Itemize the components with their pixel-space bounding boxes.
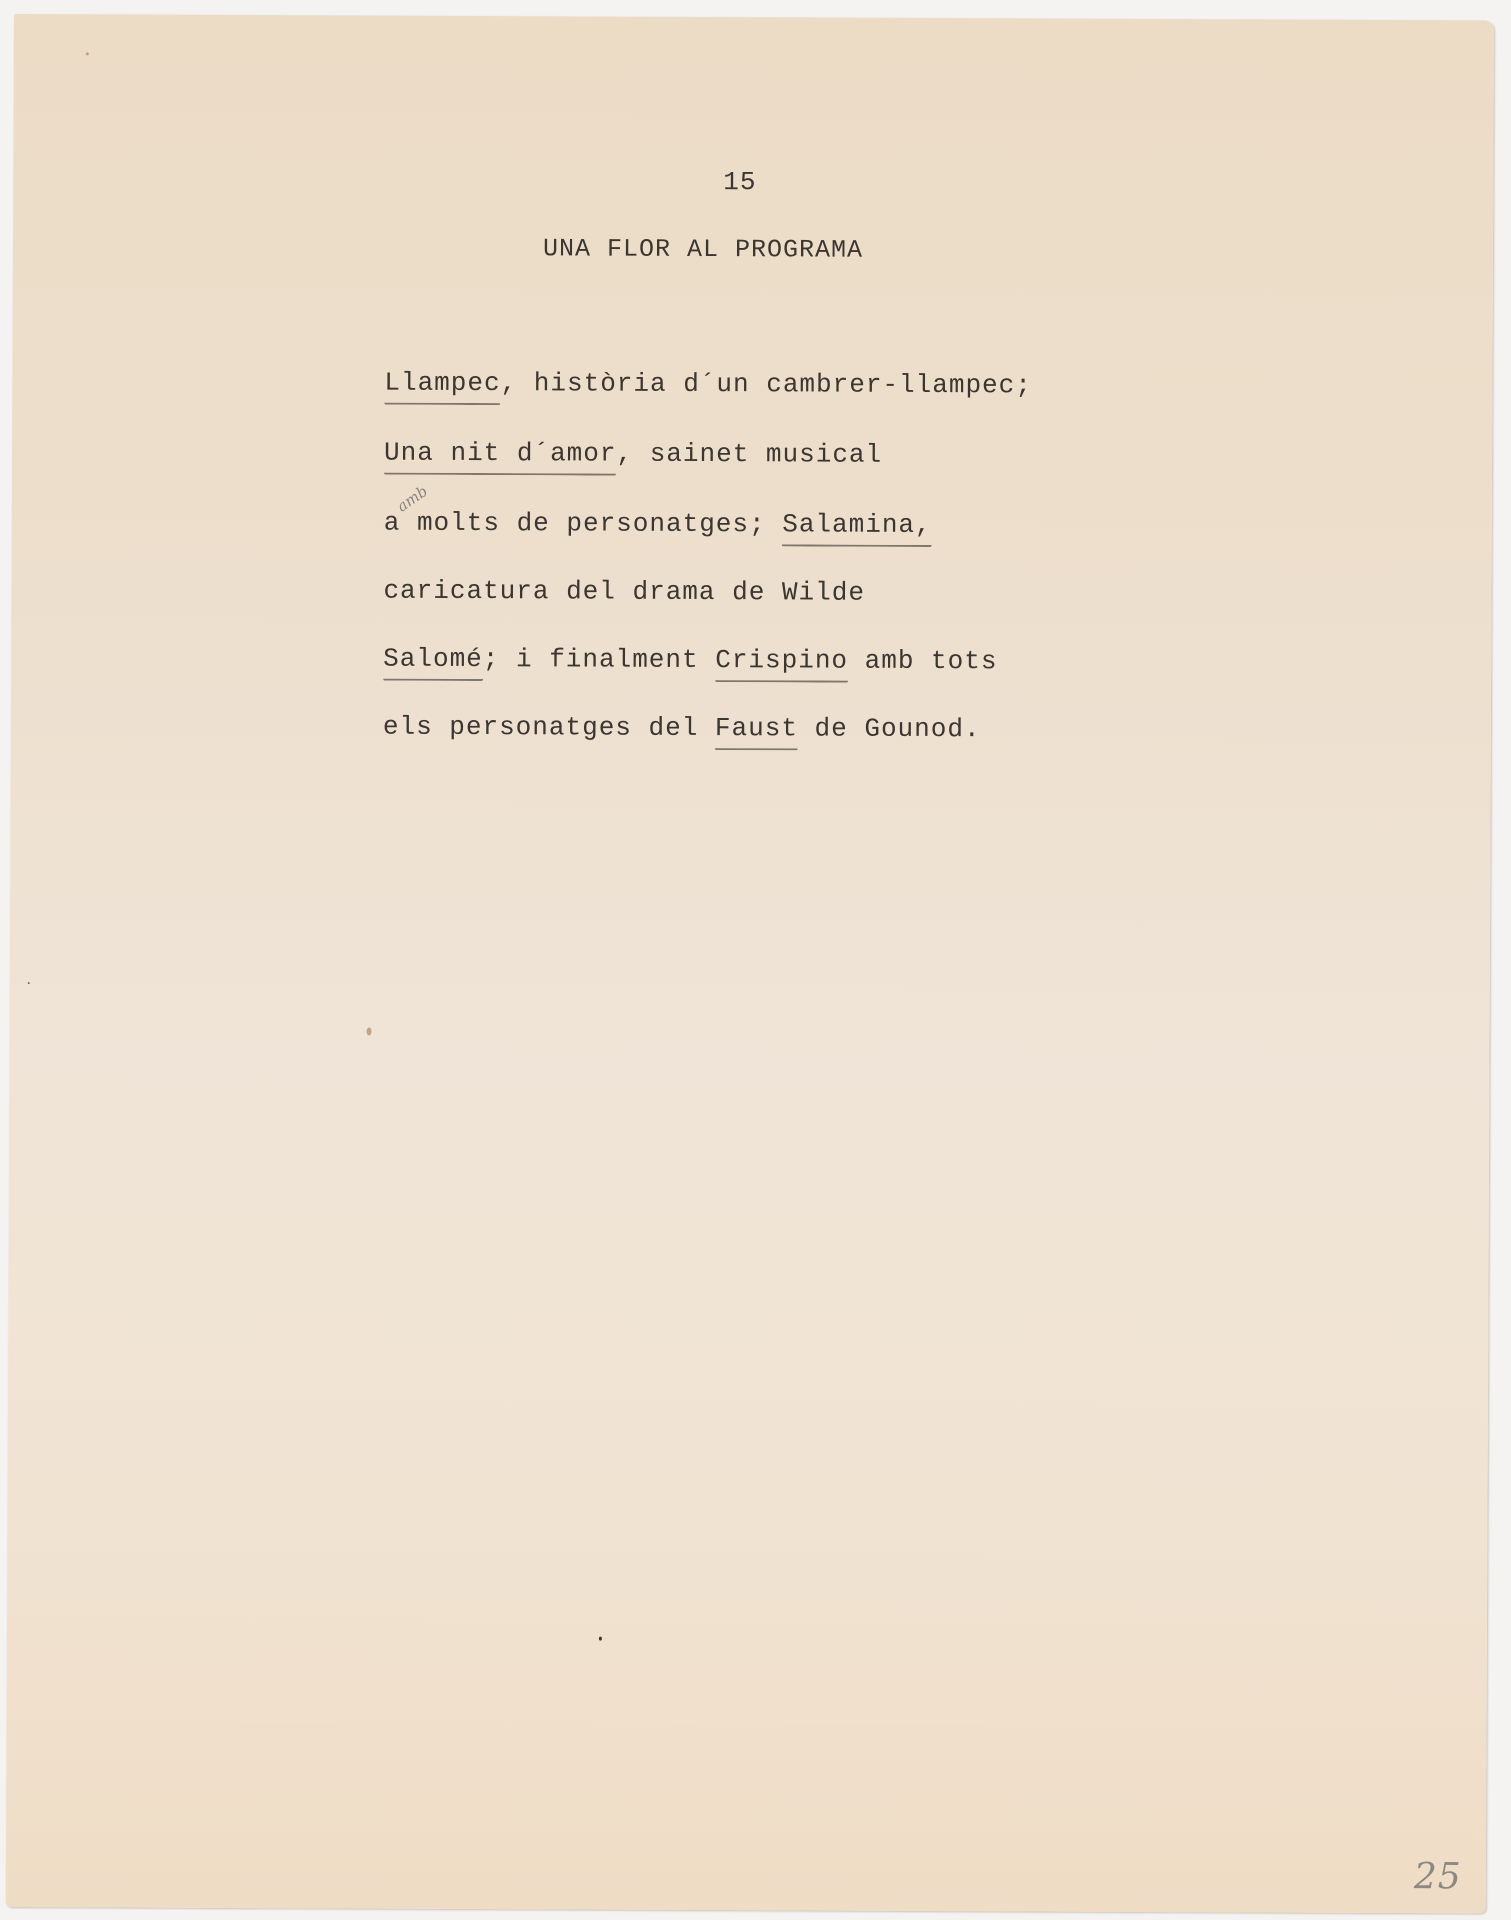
paper-speck [86,52,89,55]
underlined-title-llampec: Llampec [384,368,500,406]
underlined-title-faust: Faust [715,713,798,750]
paper-sheet: 15 UNA FLOR AL PROGRAMA Llampec, històri… [6,14,1494,1913]
text-segment: , història d´un cambrer-llampec; [501,368,1032,400]
text-segment: a molts de personatges; [384,508,783,540]
text-segment: els personatges del [383,712,715,743]
underlined-title-salamina: Salamina, [782,509,932,547]
paper-speck [367,1028,372,1036]
text-segment: , sainet musical [616,439,882,470]
handwritten-folio-number: 25 [1414,1856,1462,1897]
underlined-title-salome: Salomé [383,644,483,681]
text-line-5: Salomé; i finalment Crispino amb tots [383,644,997,677]
text-line-6: els personatges del Faust de Gounod. [383,712,981,745]
underlined-title-crispino: Crispino [715,645,848,683]
text-segment: caricatura del drama de Wilde [383,576,865,608]
text-segment: amb tots [848,646,998,677]
text-line-3: a molts de personatges; Salamina, [384,508,932,540]
ink-dot [599,1637,602,1641]
underlined-title-una-nit-damor: Una nit d´amor [384,438,617,476]
text-line-1: Llampec, història d´un cambrer-llampec; [384,368,1032,401]
document-title: UNA FLOR AL PROGRAMA [543,234,863,264]
text-segment: ; i finalment [483,644,716,675]
ink-dot [28,982,30,984]
text-line-2: Una nit d´amor, sainet musical [384,438,882,470]
text-segment: de Gounod. [798,713,981,744]
page-number: 15 [723,167,756,197]
text-line-4: caricatura del drama de Wilde [383,576,865,608]
